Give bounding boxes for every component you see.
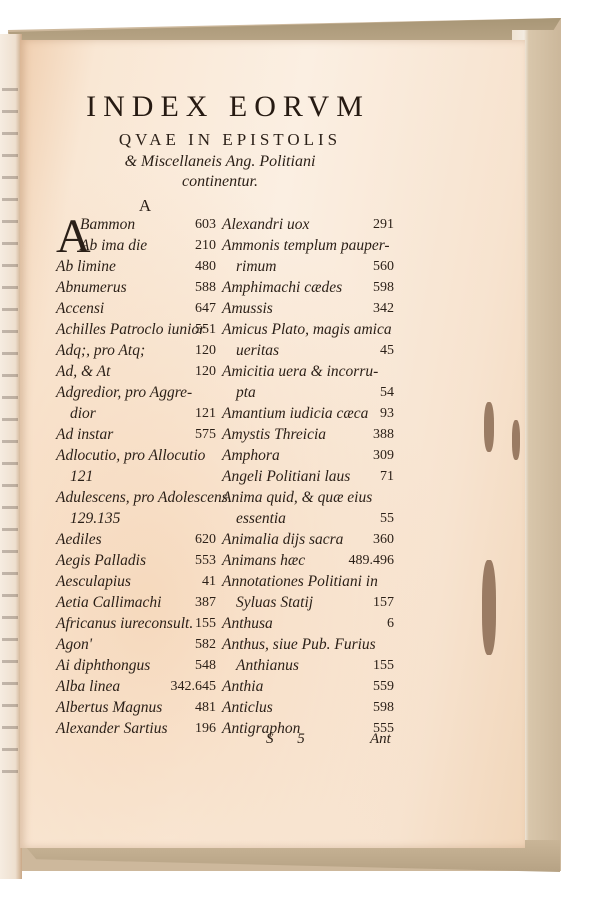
entry-term: Accensi: [56, 298, 104, 319]
entry-continuation: Syluas Statij: [222, 592, 394, 613]
entry-page-number: 6: [387, 613, 394, 634]
entry-term: Adulescens, pro Adolescens: [56, 487, 228, 508]
entry-term: Alba linea: [56, 676, 120, 697]
entry-term: Angeli Politiani laus: [222, 466, 350, 487]
water-stain: [482, 560, 496, 655]
index-entry: Ab limine480: [56, 256, 216, 277]
index-entry: Accensi647: [56, 298, 216, 319]
index-entry: Aesculapius41: [56, 571, 216, 592]
facing-page-text: [2, 74, 18, 774]
index-entry: Abnumerus588: [56, 277, 216, 298]
entry-page-number: 603: [195, 214, 216, 235]
entry-page-number: 309: [373, 445, 394, 466]
entry-term: Albertus Magnus: [56, 697, 162, 718]
entry-term: Adq;, pro Atq;: [56, 340, 145, 361]
signature-mark: S 5: [266, 731, 315, 748]
entry-term: Adlocutio, pro Allocutio: [56, 445, 205, 466]
entry-continuation: ueritas: [222, 340, 394, 361]
entry-page-number: 388: [373, 424, 394, 445]
entry-continuation: rimum: [222, 256, 394, 277]
index-entry: Aetia Callimachi387: [56, 592, 216, 613]
entry-page-number: 54: [380, 382, 394, 403]
index-entry: Anima quid, & quæ eiusessentia55: [222, 487, 394, 529]
index-entry: Animalia dijs sacra360: [222, 529, 394, 550]
entry-page-number: 93: [380, 403, 394, 424]
index-entry: Angeli Politiani laus71: [222, 466, 394, 487]
index-entry: Alexandri uox291: [222, 214, 394, 235]
facing-page-edge: [0, 34, 22, 879]
entry-term: Bammon: [56, 214, 135, 235]
entry-term: Anima quid, & quæ eius: [222, 487, 372, 508]
index-entry: Ad instar575: [56, 424, 216, 445]
entry-page-number: 120: [195, 361, 216, 382]
entry-term: Agon': [56, 634, 92, 655]
index-entry: Anthusa6: [222, 613, 394, 634]
entry-term: Animans hæc: [222, 550, 305, 571]
index-entry: Achilles Patroclo iunior551: [56, 319, 216, 340]
entry-term: Aetia Callimachi: [56, 592, 161, 613]
page-title: INDEX EORVM: [58, 90, 398, 124]
entry-page-number: 342.645: [171, 676, 217, 697]
index-entry: Ai diphthongus548: [56, 655, 216, 676]
entry-term: Amussis: [222, 298, 273, 319]
entry-page-number: 620: [195, 529, 216, 550]
water-stain: [512, 420, 520, 460]
index-column-left: Bammon603Ab ima die210Ab limine480Abnume…: [56, 214, 216, 739]
subtitle-line-2: continentur.: [60, 173, 380, 191]
entry-page-number: 387: [195, 592, 216, 613]
index-entry: Annotationes Politiani inSyluas Statij15…: [222, 571, 394, 613]
entry-term: Anthusa: [222, 613, 273, 634]
entry-page-number: 121: [195, 403, 216, 424]
index-entry: Anticlus598: [222, 697, 394, 718]
entry-term: Achilles Patroclo iunior: [56, 319, 205, 340]
entry-page-number: 559: [373, 676, 394, 697]
index-entry: Ammonis templum pauper-rimum560: [222, 235, 394, 277]
entry-page-number: 210: [195, 235, 216, 256]
index-entry: Amicitia uera & incorru-pta54: [222, 361, 394, 403]
entry-page-number: 481: [195, 697, 216, 718]
entry-page-number: 157: [373, 592, 394, 613]
entry-term: Anthia: [222, 676, 263, 697]
entry-page-number: 41: [202, 571, 216, 592]
entry-term: Alexandri uox: [222, 214, 309, 235]
entry-page-number: 548: [195, 655, 216, 676]
entry-term: Alexander Sartius: [56, 718, 168, 739]
index-entry: Anthia559: [222, 676, 394, 697]
entry-page-number: 551: [195, 319, 216, 340]
index-entry: Amphora309: [222, 445, 394, 466]
entry-term: Anthus, siue Pub. Furius: [222, 634, 376, 655]
entry-term: Amicitia uera & incorru-: [222, 361, 378, 382]
entry-term: Aesculapius: [56, 571, 131, 592]
entry-term: Annotationes Politiani in: [222, 571, 378, 592]
entry-term: Abnumerus: [56, 277, 127, 298]
index-entry: Alexander Sartius196: [56, 718, 216, 739]
entry-term: Aegis Palladis: [56, 550, 146, 571]
entry-term: Africanus iureconsult.: [56, 613, 193, 634]
entry-page-number: 45: [380, 340, 394, 361]
entry-continuation: essentia: [222, 508, 394, 529]
index-entry: Amystis Threicia388: [222, 424, 394, 445]
section-letter: A: [130, 196, 160, 216]
entry-term: Anticlus: [222, 697, 273, 718]
index-entry: Adq;, pro Atq;120: [56, 340, 216, 361]
index-entry: Africanus iureconsult.155: [56, 613, 216, 634]
entry-page-number: 647: [195, 298, 216, 319]
index-entry: Animans hæc489.496: [222, 550, 394, 571]
catchword: Ant: [370, 731, 391, 748]
index-entry: Bammon603: [56, 214, 216, 235]
entry-page-number: 55: [380, 508, 394, 529]
entry-page-number: 489.496: [349, 550, 395, 571]
index-entry: Ad, & At120: [56, 361, 216, 382]
entry-page-number: 155: [373, 655, 394, 676]
water-stain: [484, 402, 494, 452]
entry-term: Ai diphthongus: [56, 655, 150, 676]
entry-term: Amystis Threicia: [222, 424, 326, 445]
entry-page-number: 582: [195, 634, 216, 655]
entry-page-number: 291: [373, 214, 394, 235]
entry-continuation: Anthianus: [222, 655, 394, 676]
index-entry: Anthus, siue Pub. FuriusAnthianus155: [222, 634, 394, 676]
page-subtitle: QVAE IN EPISTOLIS: [80, 130, 380, 150]
entry-term: Ab ima die: [56, 235, 147, 256]
entry-continuation: 129.135: [56, 508, 216, 529]
index-entry: Adgredior, pro Aggre-dior121: [56, 382, 216, 424]
index-entry: Agon'582: [56, 634, 216, 655]
entry-continuation: 121: [56, 466, 216, 487]
entry-term: Ad, & At: [56, 361, 110, 382]
entry-page-number: 575: [195, 424, 216, 445]
entry-term: Aediles: [56, 529, 102, 550]
index-entry: Albertus Magnus481: [56, 697, 216, 718]
entry-term: Amicus Plato, magis amica: [222, 319, 392, 340]
entry-page-number: 120: [195, 340, 216, 361]
index-entry: Amantium iudicia cæca93: [222, 403, 394, 424]
index-entry: Alba linea342.645: [56, 676, 216, 697]
entry-term: Amphimachi cædes: [222, 277, 342, 298]
entry-continuation: pta: [222, 382, 394, 403]
index-entry: Ab ima die210: [56, 235, 216, 256]
entry-page-number: 560: [373, 256, 394, 277]
index-entry: Aediles620: [56, 529, 216, 550]
entry-term: Ab limine: [56, 256, 116, 277]
entry-page-number: 553: [195, 550, 216, 571]
entry-page-number: 480: [195, 256, 216, 277]
entry-term: Ammonis templum pauper-: [222, 235, 390, 256]
entry-page-number: 588: [195, 277, 216, 298]
index-entry: Aegis Palladis553: [56, 550, 216, 571]
entry-continuation: dior: [56, 403, 216, 424]
index-entry: Adlocutio, pro Allocutio121: [56, 445, 216, 487]
entry-page-number: 155: [195, 613, 216, 634]
entry-term: Ad instar: [56, 424, 113, 445]
entry-page-number: 71: [380, 466, 394, 487]
subtitle-line-1: & Miscellaneis Ang. Politiani: [60, 153, 380, 171]
index-entry: Adulescens, pro Adolescens129.135: [56, 487, 216, 529]
index-entry: Amphimachi cædes598: [222, 277, 394, 298]
entry-page-number: 598: [373, 697, 394, 718]
entry-page-number: 342: [373, 298, 394, 319]
entry-page-number: 360: [373, 529, 394, 550]
entry-term: Amphora: [222, 445, 280, 466]
entry-term: Adgredior, pro Aggre-: [56, 382, 192, 403]
index-entry: Amicus Plato, magis amicaueritas45: [222, 319, 394, 361]
index-entry: Amussis342: [222, 298, 394, 319]
entry-page-number: 598: [373, 277, 394, 298]
entry-term: Amantium iudicia cæca: [222, 403, 368, 424]
index-column-right: Alexandri uox291Ammonis templum pauper-r…: [222, 214, 394, 739]
entry-page-number: 196: [195, 718, 216, 739]
entry-term: Animalia dijs sacra: [222, 529, 343, 550]
